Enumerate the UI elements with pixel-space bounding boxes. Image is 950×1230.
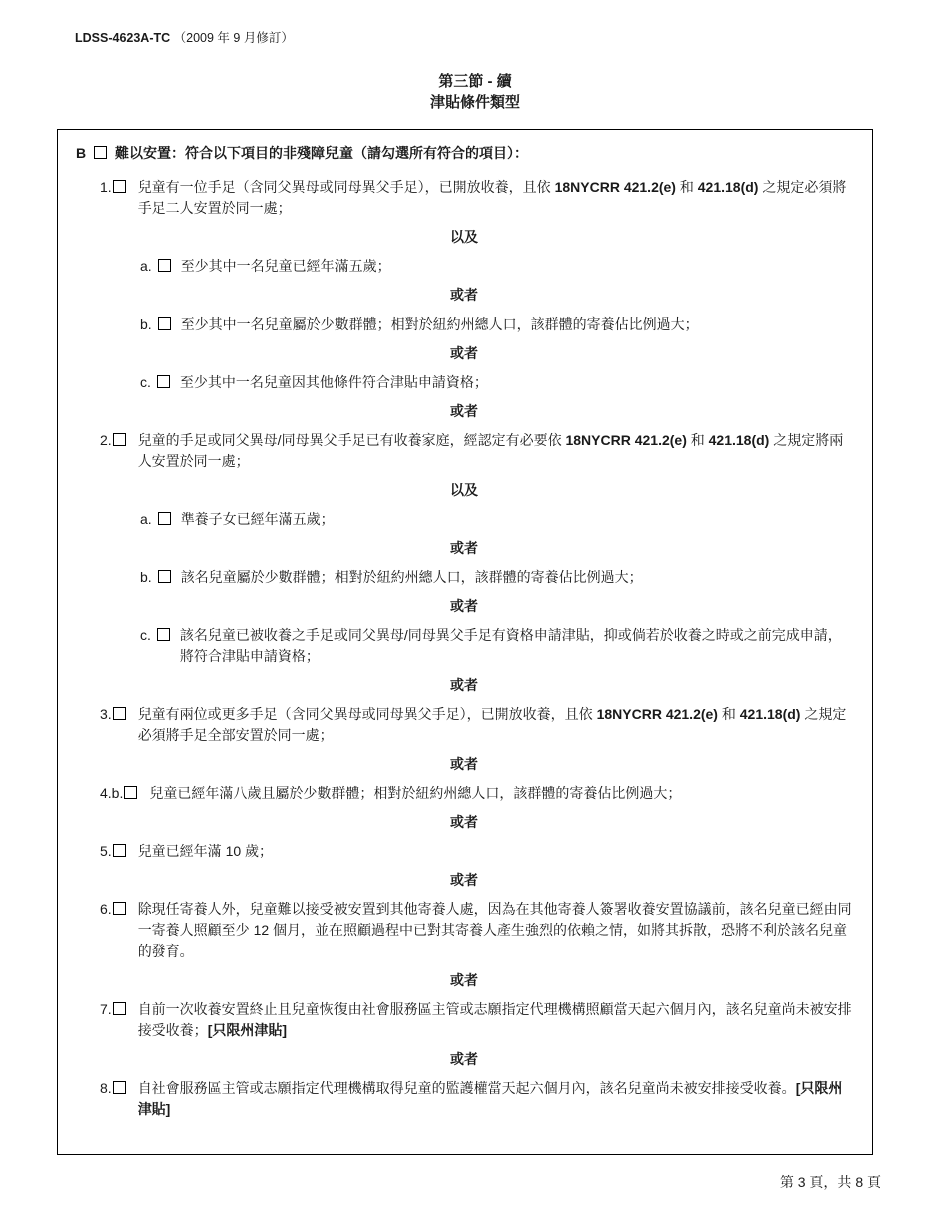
form-row-6: 6.除現任寄養人外，兒童難以接受被安置到其他寄養人處，因為在其他寄養人簽署收養安… [76,899,852,962]
text-segment-bold: 18NYCRR 421.2(e) [555,179,676,195]
form-row-4b: 4.b.兒童已經年滿八歲且屬於少數群體；相對於紐約州總人口，該群體的寄養佔比例過… [76,783,852,804]
section-title: 第三節 - 續 津貼條件類型 [0,71,950,113]
text-segment-bold: 421.18(d) [709,432,770,448]
form-row-2b: b.該名兒童屬於少數群體；相對於紐約州總人口，該群體的寄養佔比例過大； [76,567,852,588]
form-row-8: 8.自社會服務區主管或志願指定代理機構取得兒童的監護權當天起六個月內，該名兒童尚… [76,1078,852,1120]
checkbox-2c[interactable] [157,628,170,641]
checkbox-1a[interactable] [158,259,171,272]
connector-or: 或者 [76,343,852,364]
checkbox-section-b[interactable] [94,146,107,159]
form-row-2: 2.兒童的手足或同父異母/同母異父手足已有收養家庭，經認定有必要依 18NYCR… [76,430,852,472]
checkbox-6[interactable] [113,902,126,915]
item-number-2a: a. [140,509,152,530]
form-row-7: 7.自前一次收養安置終止且兒童恢復由社會服務區主管或志願指定代理機構照顧當天起六… [76,999,852,1041]
checkbox-4b[interactable] [124,786,137,799]
item-number-2: 2. [100,430,112,451]
item-text-8: 自社會服務區主管或志願指定代理機構取得兒童的監護權當天起六個月內，該名兒童尚未被… [138,1078,852,1120]
text-segment: 該名兒童已被收養之手足或同父異母/同母異父手足有資格申請津貼，抑或倘若於收養之時… [180,627,842,664]
item-text-1c: 至少其中一名兒童因其他條件符合津貼申請資格； [180,372,852,393]
text-segment: 兒童有兩位或更多手足（含同父異母或同母異父手足），已開放收養，且依 [138,706,597,722]
item-number-1b: b. [140,314,152,335]
text-segment: 除現任寄養人外，兒童難以接受被安置到其他寄養人處，因為在其他寄養人簽署收養安置協… [138,901,852,959]
connector-or: 或者 [76,754,852,775]
checkbox-1c[interactable] [157,375,170,388]
form-row-1c: c.至少其中一名兒童因其他條件符合津貼申請資格； [76,372,852,393]
item-text-1b: 至少其中一名兒童屬於少數群體；相對於紐約州總人口，該群體的寄養佔比例過大； [181,314,852,335]
item-number-6: 6. [100,899,112,920]
checkbox-3[interactable] [113,707,126,720]
item-text-4b: 兒童已經年滿八歲且屬於少數群體；相對於紐約州總人口，該群體的寄養佔比例過大； [149,783,852,804]
connector-or: 或者 [76,812,852,833]
connector-or: 或者 [76,1049,852,1070]
item-text-1a: 至少其中一名兒童已經年滿五歲； [181,256,852,277]
section-title-line1: 第三節 - 續 [0,71,950,92]
item-number-1c: c. [140,372,151,393]
connector-or: 或者 [76,401,852,422]
item-number-8: 8. [100,1078,112,1099]
checkbox-7[interactable] [113,1002,126,1015]
item-number-1a: a. [140,256,152,277]
checkbox-2[interactable] [113,433,126,446]
text-segment-bold: 18NYCRR 421.2(e) [597,706,718,722]
form-row-1b: b.至少其中一名兒童屬於少數群體；相對於紐約州總人口，該群體的寄養佔比例過大； [76,314,852,335]
item-text-5: 兒童已經年滿 10 歲； [138,841,852,862]
text-segment: 至少其中一名兒童已經年滿五歲； [181,258,391,274]
item-text-2c: 該名兒童已被收養之手足或同父異母/同母異父手足有資格申請津貼，抑或倘若於收養之時… [180,625,852,667]
checkbox-5[interactable] [113,844,126,857]
item-number-4b: 4.b. [100,783,123,804]
connector-and: 以及 [76,480,852,501]
connector-or: 或者 [76,675,852,696]
text-segment-bold: [只限州津貼] [208,1022,287,1038]
text-segment: 該名兒童屬於少數群體；相對於紐約州總人口，該群體的寄養佔比例過大； [181,569,643,585]
form-box: B 難以安置：符合以下項目的非殘障兒童（請勾選所有符合的項目）： 1.兒童有一位… [57,129,873,1155]
form-row-1: 1.兒童有一位手足（含同父異母或同母異父手足），已開放收養，且依 18NYCRR… [76,177,852,219]
checkbox-2b[interactable] [158,570,171,583]
item-text-3: 兒童有兩位或更多手足（含同父異母或同母異父手足），已開放收養，且依 18NYCR… [138,704,852,746]
item-text-2: 兒童的手足或同父異母/同母異父手足已有收養家庭，經認定有必要依 18NYCRR … [138,430,852,472]
text-segment: 和 [718,706,740,722]
item-text-2a: 準養子女已經年滿五歲； [181,509,852,530]
item-number-2b: b. [140,567,152,588]
form-rows: 1.兒童有一位手足（含同父異母或同母異父手足），已開放收養，且依 18NYCRR… [76,177,852,1120]
connector-or: 或者 [76,285,852,306]
section-b-header: B 難以安置：符合以下項目的非殘障兒童（請勾選所有符合的項目）： [76,143,852,164]
item-number-7: 7. [100,999,112,1020]
form-row-1a: a.至少其中一名兒童已經年滿五歲； [76,256,852,277]
checkbox-1[interactable] [113,180,126,193]
section-heading: 難以安置：符合以下項目的非殘障兒童（請勾選所有符合的項目）： [115,143,528,164]
document-page: LDSS-4623A-TC （2009 年 9 月修訂） 第三節 - 續 津貼條… [0,0,950,1230]
form-row-5: 5.兒童已經年滿 10 歲； [76,841,852,862]
text-segment: 準養子女已經年滿五歲； [181,511,335,527]
checkbox-2a[interactable] [158,512,171,525]
item-number-2c: c. [140,625,151,646]
text-segment-bold: 421.18(d) [698,179,759,195]
checkbox-1b[interactable] [158,317,171,330]
text-segment: 自社會服務區主管或志願指定代理機構取得兒童的監護權當天起六個月內，該名兒童尚未被… [138,1080,796,1096]
connector-or: 或者 [76,970,852,991]
text-segment: 兒童已經年滿 10 歲； [138,843,273,859]
document-header: LDSS-4623A-TC （2009 年 9 月修訂） [75,30,294,46]
item-text-6: 除現任寄養人外，兒童難以接受被安置到其他寄養人處，因為在其他寄養人簽署收養安置協… [138,899,852,962]
text-segment: 兒童的手足或同父異母/同母異父手足已有收養家庭，經認定有必要依 [138,432,566,448]
page-footer: 第 3 頁，共 8 頁 [780,1172,881,1192]
form-revision: （2009 年 9 月修訂） [174,31,294,45]
form-row-2a: a.準養子女已經年滿五歲； [76,509,852,530]
item-text-1: 兒童有一位手足（含同父異母或同母異父手足），已開放收養，且依 18NYCRR 4… [138,177,852,219]
text-segment-bold: 421.18(d) [740,706,801,722]
text-segment: 和 [676,179,698,195]
checkbox-8[interactable] [113,1081,126,1094]
page-number: 第 3 頁，共 8 頁 [780,1174,881,1190]
form-row-3: 3.兒童有兩位或更多手足（含同父異母或同母異父手足），已開放收養，且依 18NY… [76,704,852,746]
connector-or: 或者 [76,596,852,617]
item-number-3: 3. [100,704,112,725]
form-id: LDSS-4623A-TC [75,31,170,45]
item-text-7: 自前一次收養安置終止且兒童恢復由社會服務區主管或志願指定代理機構照顧當天起六個月… [138,999,852,1041]
connector-or: 或者 [76,538,852,559]
text-segment-bold: 18NYCRR 421.2(e) [565,432,686,448]
text-segment: 和 [687,432,709,448]
section-letter: B [76,143,94,164]
item-number-5: 5. [100,841,112,862]
text-segment: 兒童已經年滿八歲且屬於少數群體；相對於紐約州總人口，該群體的寄養佔比例過大； [149,785,681,801]
connector-or: 或者 [76,870,852,891]
form-row-2c: c.該名兒童已被收養之手足或同父異母/同母異父手足有資格申請津貼，抑或倘若於收養… [76,625,852,667]
section-title-line2: 津貼條件類型 [0,92,950,113]
item-text-2b: 該名兒童屬於少數群體；相對於紐約州總人口，該群體的寄養佔比例過大； [181,567,852,588]
text-segment: 兒童有一位手足（含同父異母或同母異父手足），已開放收養，且依 [138,179,555,195]
connector-and: 以及 [76,227,852,248]
text-segment: 至少其中一名兒童因其他條件符合津貼申請資格； [180,374,488,390]
item-number-1: 1. [100,177,112,198]
text-segment: 至少其中一名兒童屬於少數群體；相對於紐約州總人口，該群體的寄養佔比例過大； [181,316,699,332]
